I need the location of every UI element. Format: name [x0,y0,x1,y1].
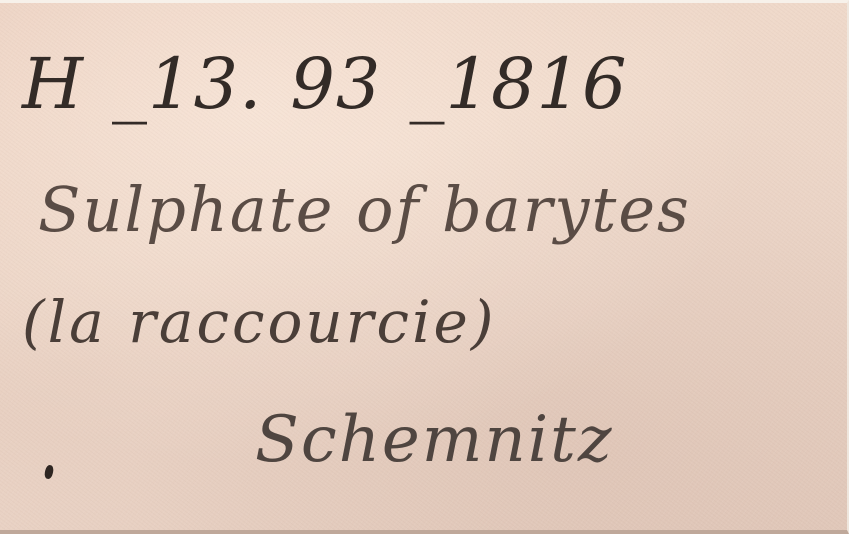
catalog-number-line: H_13.93_1816 [22,43,656,125]
ink-dot [44,464,55,479]
catalog-number-a: _13. [112,43,262,125]
catalog-year: _1816 [409,43,627,125]
specimen-label: H_13.93_1816 Sulphate of barytes (la rac… [0,0,849,534]
locality: Schemnitz [255,403,614,477]
catalog-prefix: H [22,43,84,125]
mineral-name: Sulphate of barytes [38,173,691,246]
variety-note: (la raccourcie) [22,288,496,356]
catalog-number-b: 93 [290,43,381,125]
